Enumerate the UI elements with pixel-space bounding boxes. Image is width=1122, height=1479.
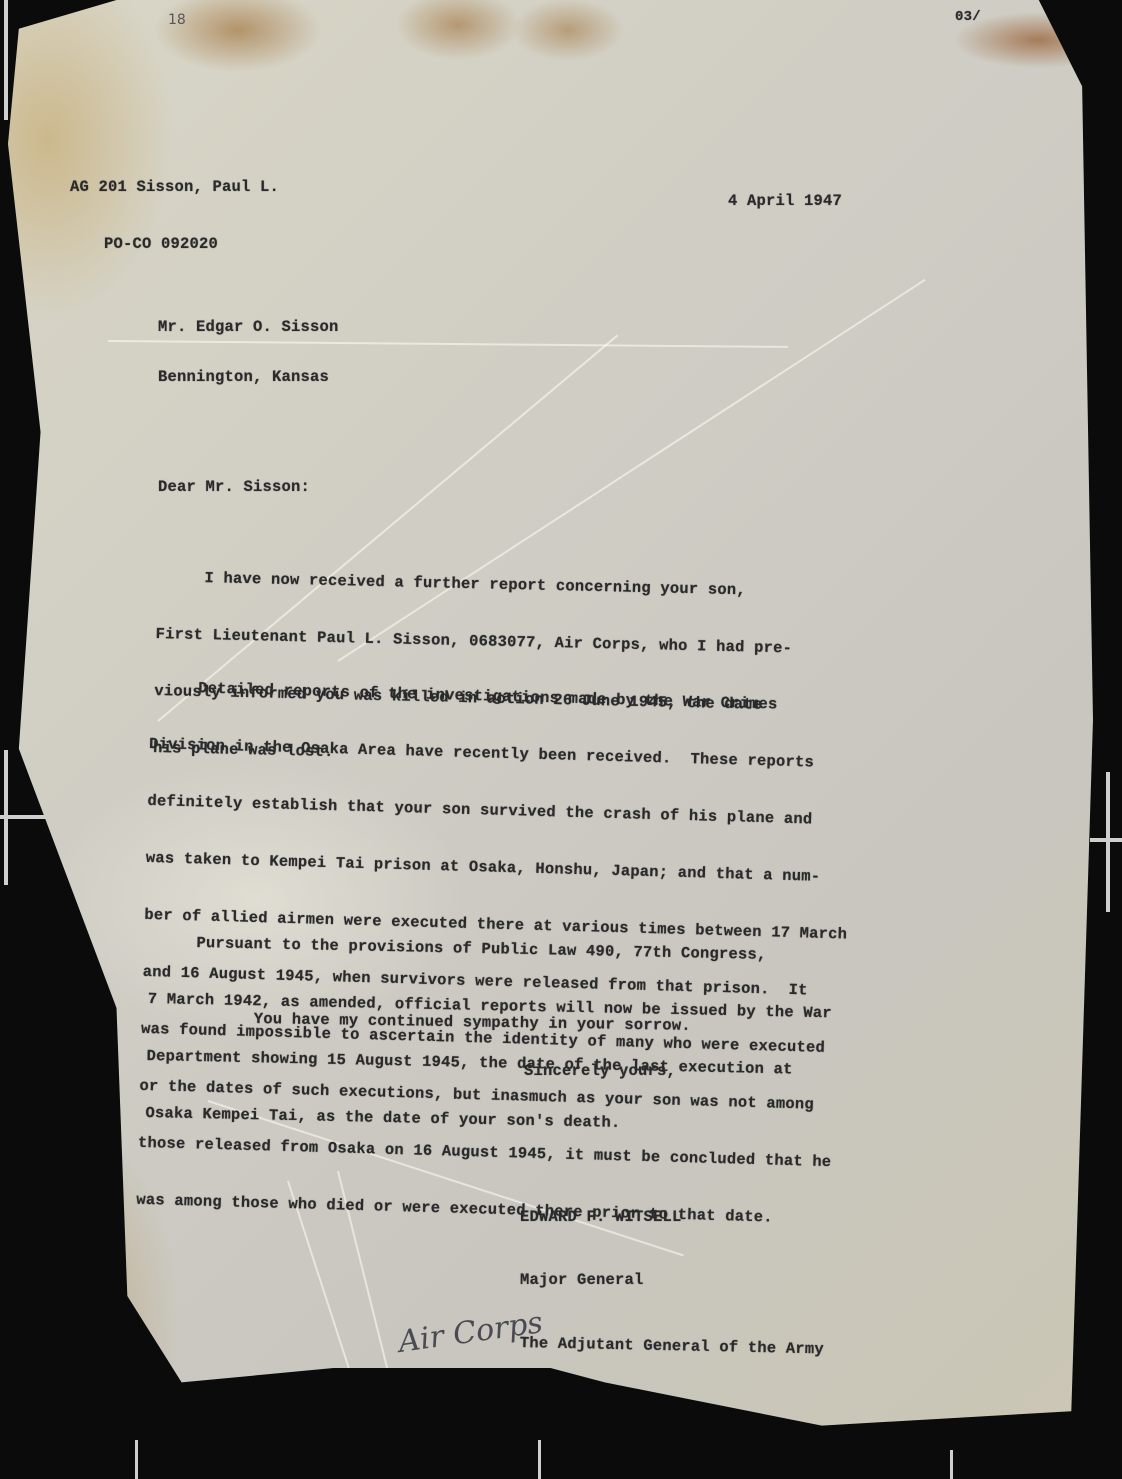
text-line: was taken to Kempei Tai prison at Osaka,…: [146, 849, 849, 888]
signatory-rank: Major General: [520, 1270, 824, 1291]
signatory-name: EDWARD F. WITSELL: [520, 1207, 824, 1228]
registration-mark: [538, 1440, 541, 1479]
file-reference-line2: PO-CO 092020: [70, 235, 279, 254]
registration-mark: [4, 0, 8, 120]
closing: Sincerely yours,: [524, 1062, 676, 1081]
letter-date: 4 April 1947: [728, 192, 842, 211]
text-line: Department showing 15 August 1945, the d…: [146, 1047, 830, 1080]
recipient-name: Mr. Edgar O. Sisson: [158, 318, 339, 337]
registration-mark: [1106, 772, 1110, 912]
signature-block: EDWARD F. WITSELL Major General The Adju…: [520, 1165, 824, 1375]
recipient-address: Bennington, Kansas: [158, 368, 329, 387]
text-line: Division in the Osaka Area have recently…: [149, 735, 852, 774]
file-reference: AG 201 Sisson, Paul L. PO-CO 092020: [70, 140, 279, 273]
typed-corner-note: 03/: [955, 8, 981, 27]
text-line: I have now received a further report con…: [157, 568, 794, 601]
salutation: Dear Mr. Sisson:: [158, 478, 310, 497]
registration-mark: [1090, 838, 1122, 842]
paper-crease: [108, 340, 788, 348]
text-line: Pursuant to the provisions of Public Law…: [149, 933, 833, 966]
handwritten-page-number: 18: [168, 12, 186, 28]
registration-mark: [950, 1450, 953, 1479]
text-line: Osaka Kempei Tai, as the date of your so…: [145, 1104, 829, 1137]
signatory-title: The Adjutant General of the Army: [520, 1333, 824, 1360]
file-reference-line1: AG 201 Sisson, Paul L.: [70, 178, 279, 197]
text-line: definitely establish that your son survi…: [147, 792, 850, 831]
text-line: Detailed reports of the investigations m…: [150, 678, 853, 717]
registration-mark: [135, 1440, 138, 1479]
